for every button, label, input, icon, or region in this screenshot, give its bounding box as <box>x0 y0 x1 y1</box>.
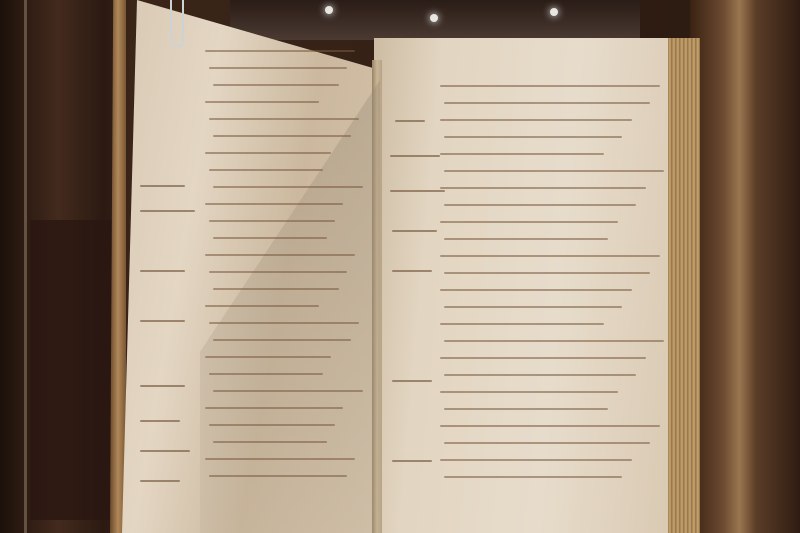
ink-stroke <box>392 380 432 382</box>
ink-stroke <box>209 220 335 222</box>
ink-stroke <box>205 254 355 256</box>
book-cover-right <box>690 0 800 533</box>
ink-stroke <box>444 408 608 410</box>
glass-edge <box>24 0 27 533</box>
ink-stroke <box>440 255 660 257</box>
ink-stroke <box>205 407 343 409</box>
ink-stroke <box>213 237 327 239</box>
ink-stroke <box>440 391 618 393</box>
ink-stroke <box>444 476 622 478</box>
ink-stroke <box>140 210 195 212</box>
ink-stroke <box>444 136 622 138</box>
paper-clip <box>170 0 184 47</box>
ink-stroke <box>213 390 363 392</box>
ink-stroke <box>205 101 319 103</box>
ink-stroke <box>440 153 604 155</box>
info-panel <box>30 220 120 520</box>
ink-stroke <box>444 272 650 274</box>
ink-stroke <box>140 480 180 482</box>
ink-stroke <box>444 306 622 308</box>
ink-stroke <box>140 185 185 187</box>
ink-stroke <box>440 221 618 223</box>
ink-stroke <box>440 187 646 189</box>
ink-stroke <box>209 67 347 69</box>
ink-stroke <box>444 374 636 376</box>
ink-stroke <box>205 203 343 205</box>
ink-stroke <box>205 152 331 154</box>
ink-stroke <box>444 102 650 104</box>
ink-stroke <box>440 85 660 87</box>
ink-stroke <box>390 190 445 192</box>
ink-stroke <box>209 322 359 324</box>
ink-stroke <box>440 119 632 121</box>
ink-stroke <box>392 230 437 232</box>
ink-stroke <box>140 420 180 422</box>
ink-stroke <box>205 356 331 358</box>
ink-stroke <box>213 288 339 290</box>
ink-stroke <box>444 238 608 240</box>
page-block-edge <box>668 38 700 533</box>
ink-stroke <box>440 357 646 359</box>
ink-stroke <box>140 270 185 272</box>
ink-stroke <box>392 460 432 462</box>
ink-stroke <box>205 458 355 460</box>
background-lights <box>230 0 640 40</box>
ink-stroke <box>140 320 185 322</box>
light <box>430 14 438 22</box>
ink-stroke <box>444 442 650 444</box>
ink-stroke <box>213 339 351 341</box>
ink-stroke <box>140 385 185 387</box>
ink-stroke <box>213 441 327 443</box>
ink-stroke <box>213 135 351 137</box>
ink-stroke <box>213 186 363 188</box>
ink-stroke <box>440 459 632 461</box>
ink-stroke <box>205 305 319 307</box>
ink-stroke <box>440 425 660 427</box>
ink-stroke <box>444 340 664 342</box>
ink-stroke <box>395 120 425 122</box>
light <box>550 8 558 16</box>
ink-stroke <box>390 155 440 157</box>
ink-stroke <box>440 289 632 291</box>
ink-stroke <box>209 373 323 375</box>
ink-stroke <box>209 169 323 171</box>
ink-stroke <box>440 323 604 325</box>
ink-stroke <box>444 204 636 206</box>
ink-stroke <box>209 475 347 477</box>
ink-stroke <box>205 50 355 52</box>
ink-stroke <box>209 271 347 273</box>
ink-stroke <box>444 170 664 172</box>
scene-description: open handwritten manuscript ledger in a … <box>0 0 1 1</box>
ink-stroke <box>213 84 339 86</box>
ink-stroke <box>140 450 190 452</box>
ink-stroke <box>209 118 359 120</box>
ink-stroke <box>209 424 335 426</box>
ink-stroke <box>392 270 432 272</box>
light <box>325 6 333 14</box>
